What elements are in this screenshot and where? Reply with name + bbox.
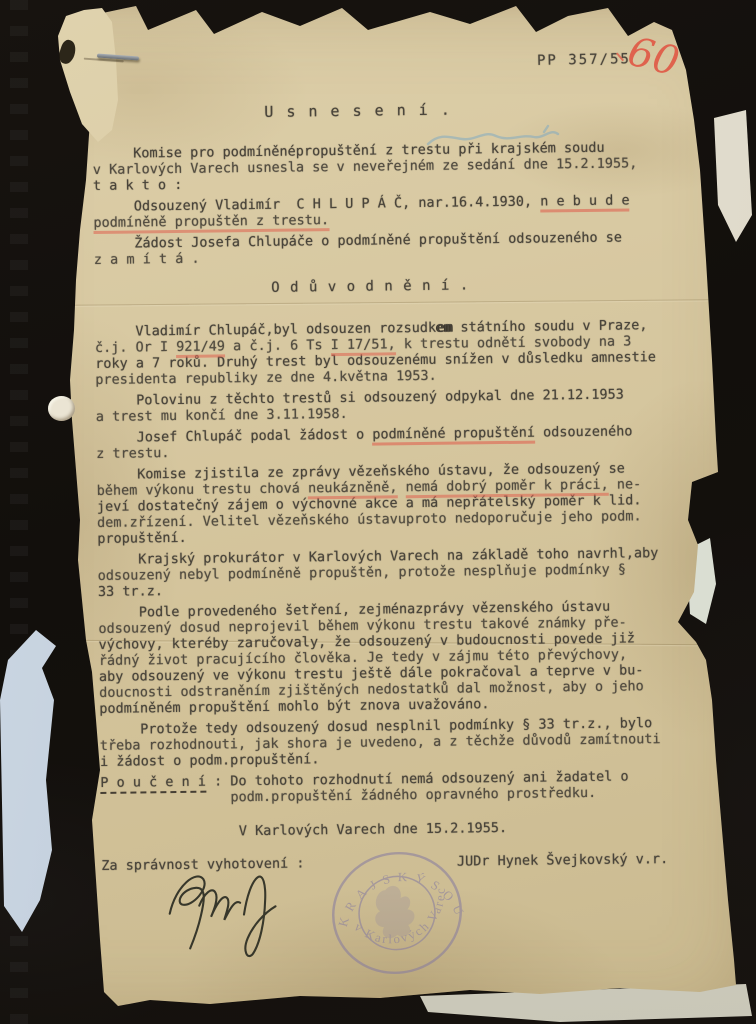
- text-line: O d ů v o d n ě n í .: [94, 275, 646, 298]
- paragraph: Protože tedy odsouzený dosud nesplnil po…: [100, 714, 723, 770]
- doc-title: U s n e s e n í .: [92, 98, 714, 122]
- signer-name: JUDr Hynek Švejkovský v.r.: [457, 851, 669, 870]
- text-segment: O d ů v o d n ě n í .: [271, 277, 469, 295]
- text-segment: I 17/51,: [331, 336, 396, 356]
- text-segment: a č.j. 6 Ts: [225, 337, 331, 354]
- text-segment: z trestu.: [96, 445, 169, 462]
- text-segment: i žádost o podm.propuštění.: [100, 751, 320, 770]
- text-segment: U s n e s e n í .: [264, 101, 452, 121]
- text-segment: podmíněně propuštěn z trestu.: [93, 212, 329, 234]
- text-segment: č.j. Or I: [95, 339, 176, 356]
- text-segment: presidenta republiky ze dne 4.května 195…: [95, 368, 437, 388]
- section-heading: O d ů v o d n ě n í .: [94, 274, 716, 298]
- paragraph: Komise pro podmíněnépropuštění z trestu …: [92, 138, 715, 194]
- scan-content: PP 357/55 60 U s n e s e n í . Komise pr…: [0, 0, 756, 1024]
- text-segment: propuštění.: [97, 530, 187, 547]
- paragraph: Josef Chlupáč podal žádost o podmíněné p…: [96, 422, 718, 462]
- text-segment: k trestu odnětí svobody na 3: [396, 333, 632, 352]
- text-segment: [397, 479, 405, 495]
- text-segment: nemá dobrý poměr k práci,: [405, 477, 608, 498]
- typed-text: U s n e s e n í . Komise pro podmíněnépr…: [92, 98, 723, 874]
- red-folio-number: 60: [623, 29, 684, 86]
- text-segment: a trest mu končí dne 3.11.1958.: [96, 406, 348, 425]
- text-segment: během výkonu trestu chová: [97, 480, 309, 499]
- text-segment: 33 tr.z.: [98, 583, 163, 600]
- paragraph: Žádost Josefa Chlupáče o podmíněné propu…: [94, 228, 716, 268]
- paragraph: Vladimír Chlupáč,byl odsouzen rozsudkem …: [95, 316, 718, 388]
- text-segment: em: [436, 320, 452, 336]
- paragraph: Krajský prokurátor v Karlových Varech na…: [97, 544, 720, 600]
- paragraph: Podle provedeného šetření, zejménazprávy…: [98, 597, 721, 717]
- paragraph: Odsouzený Vladimír C H L U P Á Č, nar.16…: [93, 191, 715, 231]
- text-segment: neukázněně,: [308, 479, 398, 499]
- text-segment: z a m í t á .: [94, 251, 200, 268]
- paragraph: P o u č e n í : Do tohoto rozhodnutí nem…: [100, 767, 722, 807]
- signature: [144, 853, 302, 978]
- text-segment: ne-: [609, 476, 642, 492]
- text-segment: odsouzeného: [535, 423, 633, 440]
- paragraph: Komise zjistila ze zprávy vězeňského úst…: [96, 459, 719, 547]
- paragraph: Polovinu z těchto trestů si odsouzený od…: [96, 385, 718, 425]
- text-line: U s n e s e n í .: [92, 100, 624, 122]
- text-segment: 921/49: [176, 338, 225, 358]
- text-segment: t a k t o :: [93, 177, 183, 194]
